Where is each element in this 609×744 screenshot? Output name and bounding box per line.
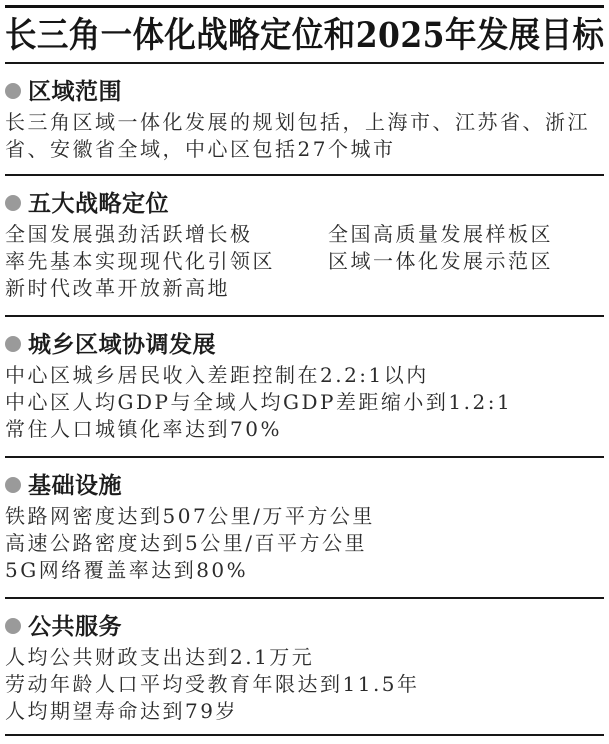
goal-line: 长三角区域一体化发展的规划包括，上海市、江苏省、浙江: [5, 109, 604, 136]
section-header: 城乡区域协调发展: [5, 331, 604, 357]
two-column-list: 全国发展强劲活跃增长极 率先基本实现现代化引领区 新时代改革开放新高地 全国高质…: [5, 221, 604, 302]
bullet-icon: [5, 195, 21, 211]
goal-line: 全国发展强劲活跃增长极: [5, 221, 328, 248]
bullet-icon: [5, 83, 21, 99]
section-heading: 公共服务: [28, 613, 122, 639]
section-region-scope: 区域范围 长三角区域一体化发展的规划包括，上海市、江苏省、浙江 省、安徽省全域，…: [5, 64, 604, 174]
section-header: 基础设施: [5, 472, 604, 498]
section-header: 区域范围: [5, 78, 604, 104]
section-public-services: 公共服务 人均公共财政支出达到2.1万元 劳动年龄人口平均受教育年限达到11.5…: [5, 599, 604, 734]
goal-line: 人均公共财政支出达到2.1万元: [5, 644, 604, 671]
section-urban-rural-coordination: 城乡区域协调发展 中心区城乡居民收入差距控制在2.2:1以内 中心区人均GDP与…: [5, 317, 604, 456]
section-heading: 区域范围: [28, 78, 122, 104]
goal-line: 人均期望寿命达到79岁: [5, 698, 604, 725]
section-header: 公共服务: [5, 613, 604, 639]
goal-line: 新时代改革开放新高地: [5, 275, 328, 302]
section-strategic-positions: 五大战略定位 全国发展强劲活跃增长极 率先基本实现现代化引领区 新时代改革开放新…: [5, 176, 604, 315]
bullet-icon: [5, 618, 21, 634]
goal-line: 劳动年龄人口平均受教育年限达到11.5年: [5, 671, 604, 698]
goal-line: 中心区人均GDP与全域人均GDP差距缩小到1.2:1: [5, 389, 604, 416]
goal-line: 区域一体化发展示范区: [328, 248, 604, 275]
section-heading: 城乡区域协调发展: [28, 331, 216, 357]
bullet-icon: [5, 477, 21, 493]
goal-line: 常住人口城镇化率达到70%: [5, 416, 604, 443]
section-header: 五大战略定位: [5, 190, 604, 216]
page-title: 长三角一体化战略定位和2025年发展目标: [5, 8, 543, 62]
goal-line: 铁路网密度达到507公里/万平方公里: [5, 503, 604, 530]
section-infrastructure: 基础设施 铁路网密度达到507公里/万平方公里 高速公路密度达到5公里/百平方公…: [5, 458, 604, 597]
infographic-page: 长三角一体化战略定位和2025年发展目标 区域范围 长三角区域一体化发展的规划包…: [0, 0, 609, 744]
column-right: 全国高质量发展样板区 区域一体化发展示范区: [328, 221, 604, 302]
goal-line: 率先基本实现现代化引领区: [5, 248, 328, 275]
bullet-icon: [5, 336, 21, 352]
section-heading: 基础设施: [28, 472, 122, 498]
goal-line: 中心区城乡居民收入差距控制在2.2:1以内: [5, 362, 604, 389]
goal-line: 省、安徽省全域，中心区包括27个城市: [5, 136, 604, 163]
goal-line: 全国高质量发展样板区: [328, 221, 604, 248]
goal-line: 5G网络覆盖率达到80%: [5, 557, 604, 584]
column-left: 全国发展强劲活跃增长极 率先基本实现现代化引领区 新时代改革开放新高地: [5, 221, 328, 302]
section-heading: 五大战略定位: [28, 190, 169, 216]
goal-line: 高速公路密度达到5公里/百平方公里: [5, 530, 604, 557]
bottom-rule: [5, 734, 604, 736]
